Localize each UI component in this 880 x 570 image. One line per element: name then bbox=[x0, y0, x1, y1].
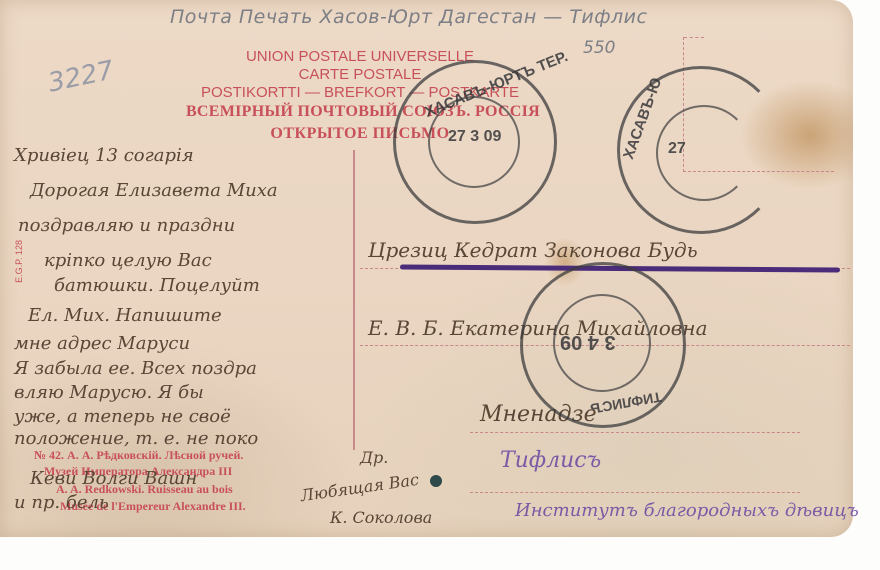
postmark-date: 27 3 09 bbox=[448, 128, 501, 146]
address-line bbox=[470, 432, 800, 433]
message-line: положение, т. е. не поко bbox=[14, 428, 258, 449]
postmark-date: 27 bbox=[668, 140, 686, 158]
caption-line-1: № 42. А. А. Рѣдковскій. Лѣсной ручей. bbox=[34, 448, 243, 463]
message-line: уже, а теперь не своё bbox=[14, 406, 231, 427]
message-line: поздравляю и праздни bbox=[18, 215, 235, 236]
message-line: Дорогая Елизавета Миха bbox=[30, 180, 278, 201]
message-line: вляю Марусю. Я бы bbox=[14, 382, 204, 403]
message-line: Ел. Мих. Напишите bbox=[28, 305, 222, 326]
side-note-line: Любящая Вас bbox=[299, 470, 420, 505]
message-line: Хривіец 13 согарія bbox=[14, 145, 194, 166]
address-line-4: Тифлисъ bbox=[500, 448, 601, 473]
message-line: мне адрес Маруси bbox=[14, 333, 190, 354]
address-line-5: Институтъ благородныхъ дѣвицъ bbox=[515, 500, 859, 521]
pencil-note-top: Почта Печать Хасов-Юрт Дагестан — Тифлис bbox=[170, 6, 647, 28]
message-line: Я забыла ее. Всех поздра bbox=[14, 358, 257, 379]
ink-spot bbox=[430, 475, 442, 487]
header-union-postale: UNION POSTALE UNIVERSELLE bbox=[150, 48, 570, 65]
message-line: Кеви Волги Вашн bbox=[30, 468, 197, 489]
card-divider-line bbox=[353, 150, 355, 450]
postcard-back: Почта Печать Хасов-Юрт Дагестан — Тифлис… bbox=[0, 0, 853, 537]
printer-mark: E.G.P. 128 bbox=[14, 240, 24, 283]
message-line: батюшки. Поцелуйт bbox=[54, 275, 260, 296]
pencil-price: 550 bbox=[583, 38, 615, 58]
address-line-1: Црезиц Кедрат Законова Будь bbox=[368, 238, 698, 262]
side-note-line: Др. bbox=[360, 448, 388, 467]
side-note-line: К. Соколова bbox=[330, 508, 432, 527]
pencil-catalog-number: 3227 bbox=[46, 55, 117, 98]
postmark-date: 3 4 09 bbox=[560, 330, 616, 353]
message-line: и пр. бель bbox=[14, 492, 109, 513]
message-line: кріпко целую Вас bbox=[44, 250, 212, 271]
address-line bbox=[470, 492, 800, 493]
